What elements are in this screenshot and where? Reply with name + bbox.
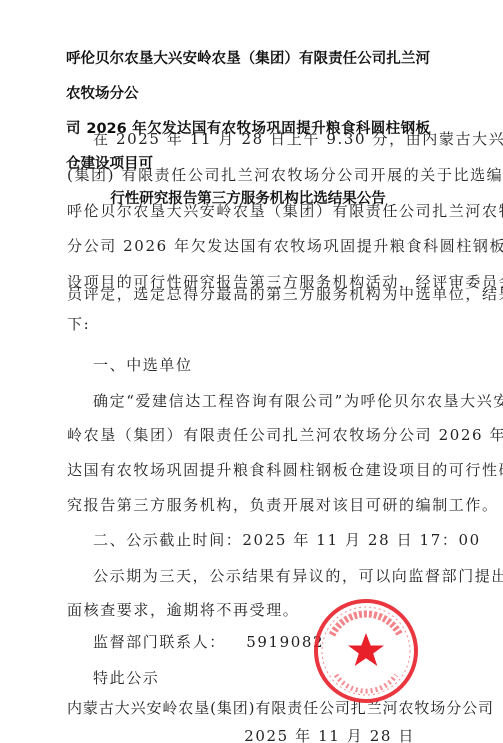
closing-text: 特此公示 — [93, 667, 159, 688]
intro-line-4: 分公司 2026 年欠发达国有农牧场巩固提升粮食科圆柱钢板仓建 — [67, 235, 503, 256]
intro-line-7: 下: — [67, 313, 90, 334]
intro-line-1: 在 2025 年 11 月 28 日上午 9.30 分，由内蒙古大兴安岭农垦 — [93, 128, 503, 149]
intro-line-3: 呼伦贝尔农垦大兴安岭农垦（集团）有限责任公司扎兰河农牧场 — [67, 200, 503, 221]
contact-label: 监督部门联系人： — [93, 633, 226, 651]
issuer-name: 内蒙古大兴安岭农垦(集团)有限责任公司扎兰河农牧场分公司 — [67, 697, 494, 718]
section1-line-3: 达国有农牧场巩固提升粮食科圆柱钢板仓建设项目的可行性研 — [67, 459, 503, 480]
notice-line-2: 面核查要求，逾期将不再受理。 — [67, 599, 299, 620]
notice-line-1: 公示期为三天，公示结果有异议的，可以向监督部门提出书 — [93, 565, 503, 586]
title-line-1: 呼伦贝尔农垦大兴安岭农垦（集团）有限责任公司扎兰河农牧场分公 — [66, 51, 430, 102]
intro-line-6: 员评定，选定总得分最高的第三方服务机构为中选单位，结果如 — [67, 283, 503, 304]
issue-date: 2025 年 11 月 28 日 — [244, 725, 415, 743]
intro-line-2: (集团) 有限责任公司扎兰河农牧场分公司开展的关于比选编制 — [67, 164, 503, 185]
section1-line-4: 究报告第三方服务机构，负责开展对该目可研的编制工作。 — [67, 494, 499, 515]
section2-heading: 二、公示截止时间：2025 年 11 月 28 日 17：00 — [93, 529, 481, 550]
section1-line-1: 确定“爱建信达工程咨询有限公司”为呼伦贝尔农垦大兴安 — [93, 390, 503, 411]
section1-heading: 一、中选单位 — [93, 354, 193, 375]
section1-line-2: 岭农垦（集团）有限责任公司扎兰河农牧场分公司 2026 年欠发 — [67, 424, 503, 445]
official-seal-icon — [312, 597, 420, 705]
contact-row: 监督部门联系人： 5919082 — [93, 631, 324, 652]
